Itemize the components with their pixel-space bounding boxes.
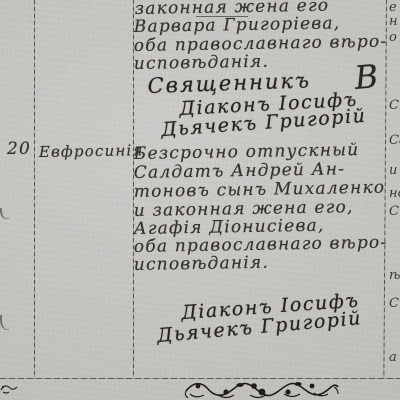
cut-off-text-fragment: С	[389, 296, 399, 311]
record-number: 20	[7, 141, 31, 158]
cut-off-text-fragment: а	[389, 350, 397, 365]
table-column-rule	[34, 0, 35, 378]
ink-mark	[0, 315, 9, 330]
cut-off-text-fragment: Са	[389, 133, 400, 148]
cut-off-text-fragment: о	[389, 30, 397, 45]
cut-off-text-fragment: ѣ	[389, 268, 400, 283]
cut-off-text-fragment: и	[389, 163, 397, 178]
handwritten-line: исповѣданія.	[134, 255, 269, 274]
cut-off-text-fragment: С	[389, 98, 399, 113]
cut-off-text-fragment: но	[389, 186, 400, 201]
child-name-entry: Евфросинія	[39, 143, 144, 160]
document-page: законная жена его Варвара Григоріева, об…	[0, 0, 400, 400]
border-scroll-ornament-icon	[0, 380, 22, 399]
ink-mark	[0, 208, 9, 219]
floral-border-ornament-icon	[184, 379, 340, 400]
cut-off-text-fragment: С	[389, 204, 399, 219]
cut-off-text-fragment: н	[389, 14, 398, 29]
cut-off-text-fragment: е	[389, 0, 397, 15]
